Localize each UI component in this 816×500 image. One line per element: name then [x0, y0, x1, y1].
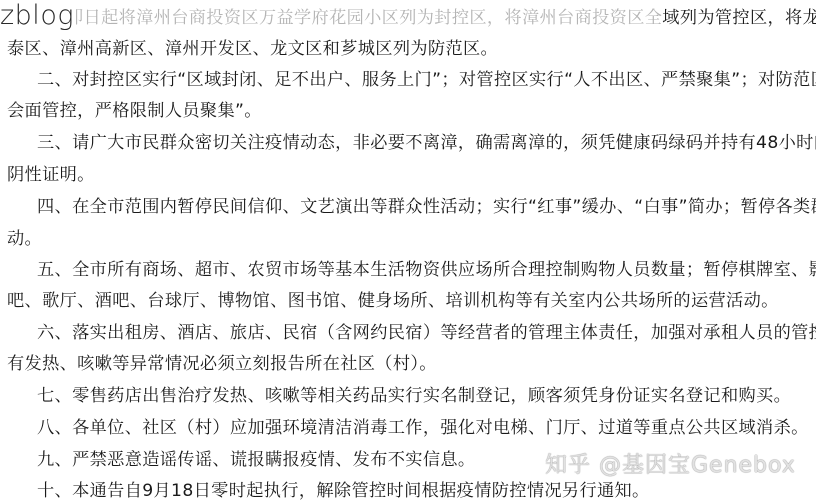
notice-line-1: 即日起将漳州台商投资区万益学府花园小区列为封控区，将漳州台商投资区全域列为管控区…: [66, 7, 816, 29]
notice-item-5-line-1: 五、全市所有商场、超市、农贸市场等基本生活物资供应场所合理控制购物人员数量；暂停…: [37, 259, 816, 281]
notice-item-10: 十、本通告自9月18日零时起执行，解除管控时间根据疫情防控情况另行通知。: [37, 480, 650, 500]
notice-item-8: 八、各单位、社区（村）应加强环境清洁消毒工作，强化对电梯、门厅、过道等重点公共区…: [37, 417, 809, 439]
notice-item-6-line-2: 有发热、咳嗽等异常情况必须立刻报告所在社区（村）。: [7, 353, 437, 375]
site-logo[interactable]: zblog: [0, 1, 76, 31]
notice-item-7: 七、零售药店出售治疗发热、咳嗽等相关药品实行实名制登记，顾客须凭身份证实名登记和…: [37, 385, 791, 407]
notice-item-4-line-2: 动。: [7, 228, 42, 250]
faded-overlay-text: 即日起将漳州台商投资区万益学府花园小区列为封控区，将漳州台商投资区全: [66, 8, 662, 28]
line-text: 域列为管控区，将龙海区、长: [662, 8, 816, 28]
notice-item-3-line-2: 阴性证明。: [7, 164, 95, 186]
notice-item-4-line-1: 四、在全市范围内暂停民间信仰、文艺演出等群众性活动；实行“红事”缓办、“白事”简…: [37, 196, 816, 218]
notice-line-2: 泰区、漳州高新区、漳州开发区、龙文区和芗城区列为防范区。: [7, 38, 498, 60]
notice-item-5-line-2: 吧、歌厅、酒吧、台球厅、博物馆、图书馆、健身场所、培训机构等有关室内公共场所的运…: [7, 290, 779, 312]
notice-item-6-line-1: 六、落实出租房、酒店、旅店、民宿（含网约民宿）等经营者的管理主体责任，加强对承租…: [37, 322, 816, 344]
zhihu-watermark: 知乎 @基因宝Genebox: [545, 452, 796, 480]
notice-item-2-line-2: 会面管控，严格限制人员聚集”。: [7, 100, 262, 122]
notice-item-9: 九、严禁恶意造谣传谣、谎报瞒报疫情、发布不实信息。: [37, 449, 475, 471]
notice-item-2-line-1: 二、对封控区实行“区域封闭、足不出户、服务上门”；对管控区实行“人不出区、严禁聚…: [37, 69, 816, 91]
notice-item-3-line-1: 三、请广大市民群众密切关注疫情动态，非必要不离漳，确需离漳的，须凭健康码绿码并持…: [37, 132, 816, 154]
